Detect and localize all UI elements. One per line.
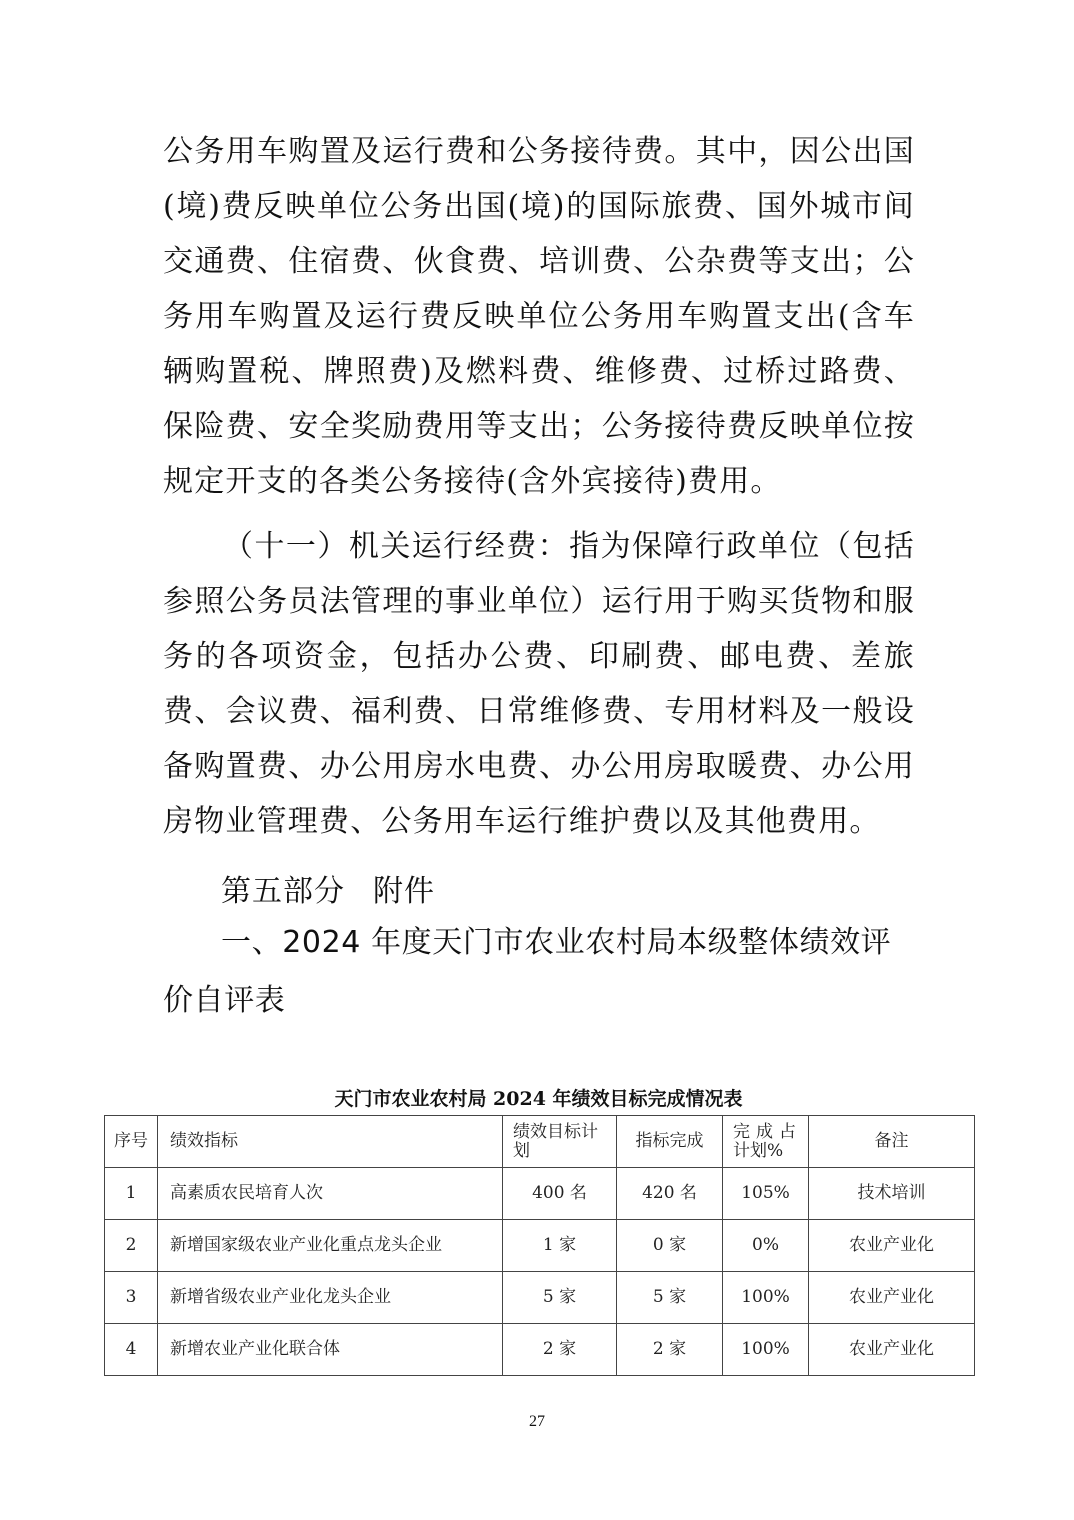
- cell-note: 农业产业化: [809, 1272, 975, 1324]
- header-pct: 完成占计划%: [723, 1116, 809, 1168]
- cell-done: 2 家: [617, 1324, 723, 1376]
- table-row: 2 新增国家级农业产业化重点龙头企业 1 家 0 家 0% 农业产业化: [105, 1220, 975, 1272]
- table-caption: 天门市农业农村局 2024 年绩效目标完成情况表: [104, 1086, 973, 1112]
- cell-done: 0 家: [617, 1220, 723, 1272]
- cell-no: 3: [105, 1272, 158, 1324]
- attachment-title: 一、2024 年度天门市农业农村局本级整体绩效评价自评表: [163, 914, 915, 1030]
- section-name-label: 附件: [373, 874, 435, 909]
- cell-no: 1: [105, 1168, 158, 1220]
- cell-plan: 5 家: [503, 1272, 617, 1324]
- section-heading: 第五部分附件: [163, 868, 915, 916]
- section-part-label: 第五部分: [221, 874, 345, 909]
- cell-done: 420 名: [617, 1168, 723, 1220]
- cell-indicator: 新增国家级农业产业化重点龙头企业: [158, 1220, 503, 1272]
- cell-indicator: 新增省级农业产业化龙头企业: [158, 1272, 503, 1324]
- cell-note: 农业产业化: [809, 1324, 975, 1376]
- cell-plan: 1 家: [503, 1220, 617, 1272]
- header-note: 备注: [809, 1116, 975, 1168]
- table-row: 1 高素质农民培育人次 400 名 420 名 105% 技术培训: [105, 1168, 975, 1220]
- cell-note: 技术培训: [809, 1168, 975, 1220]
- performance-table: 序号 绩效指标 绩效目标计划 指标完成 完成占计划% 备注 1 高素质农民培育人…: [104, 1115, 975, 1376]
- cell-done: 5 家: [617, 1272, 723, 1324]
- header-pct-line1: 完成占: [733, 1122, 802, 1142]
- cell-no: 4: [105, 1324, 158, 1376]
- header-pct-line2: 计划%: [733, 1141, 783, 1161]
- header-no: 序号: [105, 1116, 158, 1168]
- paragraph-operating-expense-definition: （十一）机关运行经费：指为保障行政单位（包括参照公务员法管理的事业单位）运行用于…: [163, 519, 915, 849]
- cell-pct: 100%: [723, 1272, 809, 1324]
- table-row: 3 新增省级农业产业化龙头企业 5 家 5 家 100% 农业产业化: [105, 1272, 975, 1324]
- cell-indicator: 新增农业产业化联合体: [158, 1324, 503, 1376]
- header-indicator: 绩效指标: [158, 1116, 503, 1168]
- page-number: 27: [0, 1413, 1074, 1431]
- cell-plan: 400 名: [503, 1168, 617, 1220]
- cell-indicator: 高素质农民培育人次: [158, 1168, 503, 1220]
- cell-no: 2: [105, 1220, 158, 1272]
- cell-note: 农业产业化: [809, 1220, 975, 1272]
- cell-pct: 100%: [723, 1324, 809, 1376]
- cell-pct: 0%: [723, 1220, 809, 1272]
- cell-pct: 105%: [723, 1168, 809, 1220]
- paragraph-public-expense-definitions: 公务用车购置及运行费和公务接待费。其中，因公出国(境)费反映单位公务出国(境)的…: [163, 124, 915, 509]
- cell-plan: 2 家: [503, 1324, 617, 1376]
- table-header-row: 序号 绩效指标 绩效目标计划 指标完成 完成占计划% 备注: [105, 1116, 975, 1168]
- header-done: 指标完成: [617, 1116, 723, 1168]
- table-row: 4 新增农业产业化联合体 2 家 2 家 100% 农业产业化: [105, 1324, 975, 1376]
- header-plan: 绩效目标计划: [503, 1116, 617, 1168]
